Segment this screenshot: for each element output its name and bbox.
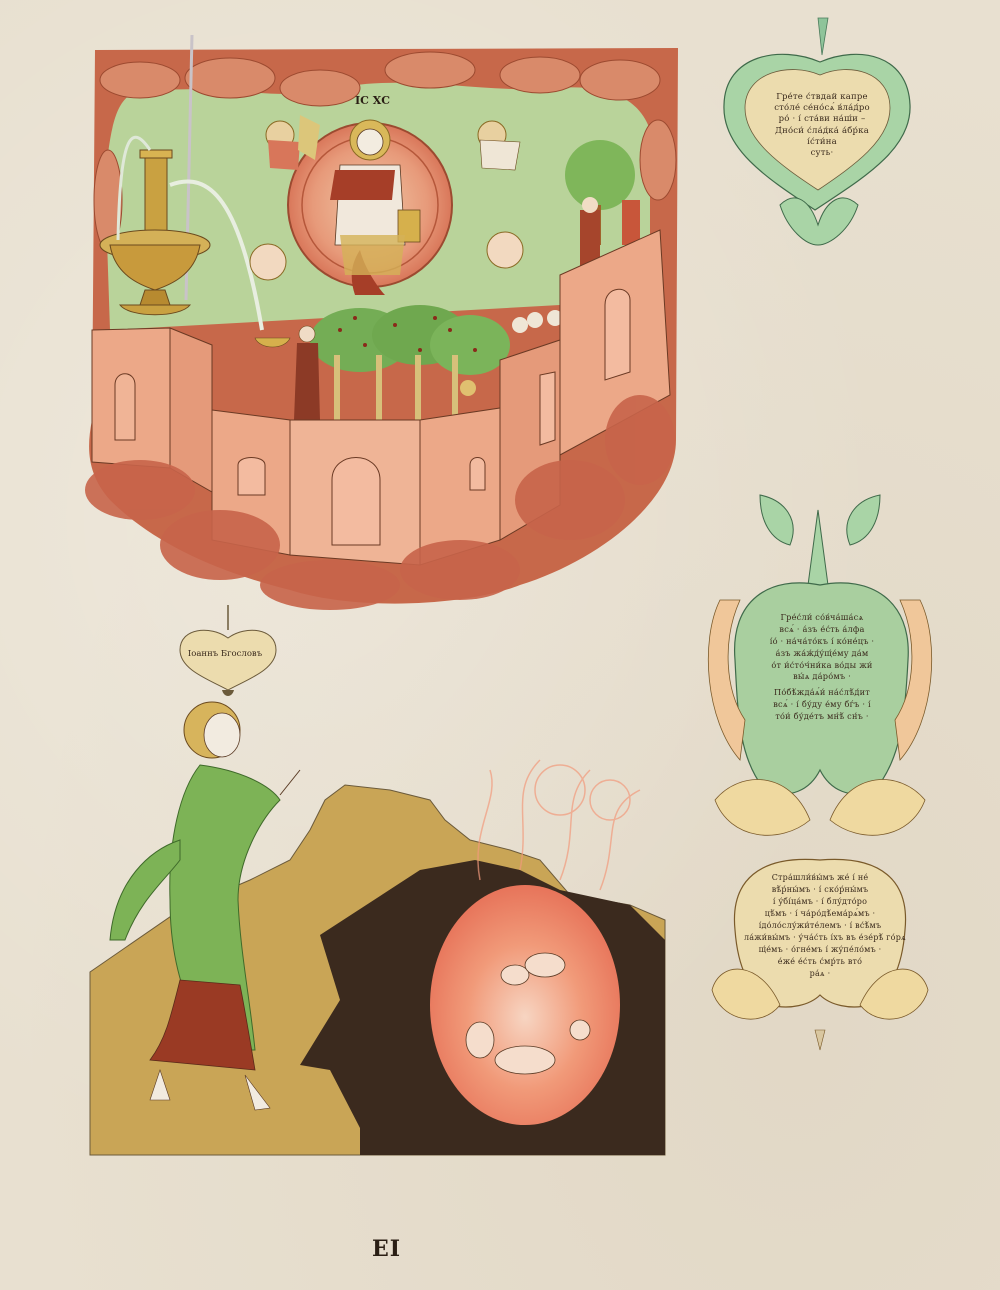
text-line: всѧ́ · а́зъ е́с́ть а́лфа <box>742 624 902 636</box>
text-line: вы́ѧ да́ро́мъ · <box>742 671 902 683</box>
text-line: Стра́шли́в́ы́мъ же́ і́ не́ <box>744 872 896 884</box>
text-line: вѣ́р́ны́мъ · і́ ско́р́ны́мъ <box>744 884 896 896</box>
text-line: Гре́с́ли́ со́в́ча́ша́сѧ <box>742 612 902 624</box>
text-line: то́и́ бу́де́тъ мн́ѣ́ сн́ъ · <box>742 711 902 723</box>
text-line: ла́жи́вы́мъ · у́ча́с́ть і́хъ въ е́зе́рѣ́… <box>744 932 896 944</box>
cartouche-bottom-right-text: Стра́шли́в́ы́мъ же́ і́ не́ вѣ́р́ны́мъ · … <box>744 872 896 980</box>
text-line: цѣ́мъ · і́ ча́ро́дѣ́ема́рѧ́мъ · <box>744 908 896 920</box>
text-line: Д́но́си́ с́ла́д́ка́ а́бр́ка <box>752 126 892 137</box>
text-line: е́же́ е́с́ть с́мр́ть вто́ <box>744 956 896 968</box>
text-line: всѧ́ · і́ бу́ду е́му бѓъ · і́ <box>742 699 902 711</box>
hellfire <box>430 885 620 1125</box>
hell-scene <box>90 702 665 1155</box>
text-line: а́зъ жа́ж́д́у́щ́е́му да́м <box>742 648 902 660</box>
text-line: і́до́ло́слу́жи́те́лемъ · і́ вс́ѣ́мъ <box>744 920 896 932</box>
text-line: щ́е́мъ · о́гне́мъ і́ жу́пе́ло́мъ · <box>744 944 896 956</box>
text-line: і́с́ти́на <box>752 137 892 148</box>
text-line: і́ у́бі́ца́мъ · і́ блу́дто́ро <box>744 896 896 908</box>
text-line: По́б́ѣ́жда́ѧ́и́ на́с́лѣ́д́ит <box>742 687 902 699</box>
text-line: Гре́те с́твдай капре <box>752 92 892 103</box>
text-line: ра́ѧ · <box>744 968 896 980</box>
christ-monogram: ІС ХС <box>355 94 390 107</box>
john-label-text: Іоаннъ Бгословъ <box>182 649 268 659</box>
folio-number: ЕІ <box>372 1236 401 1262</box>
text-line: і́о́ · на́ча́то́къ і́ ко́не́цъ · <box>742 636 902 648</box>
paradise-illustration: ІС ХС <box>85 35 678 610</box>
text-line: суть· <box>752 148 892 159</box>
text-line: сто́ле́ се́но́сѧ́ в́ла́д́ро <box>752 103 892 114</box>
cartouche-middle-right-text: Гре́с́ли́ со́в́ча́ша́сѧ всѧ́ · а́зъ е́с́… <box>742 612 902 723</box>
cartouche-top-right-text: Гре́те с́твдай капре сто́ле́ се́но́сѧ́ в… <box>752 92 892 159</box>
text-line: ро́ · і́ ста́ви на́ш́и – <box>752 114 892 125</box>
text-line: о́т и́с́то́ч́ни́ка во́ды жи́ <box>742 660 902 672</box>
